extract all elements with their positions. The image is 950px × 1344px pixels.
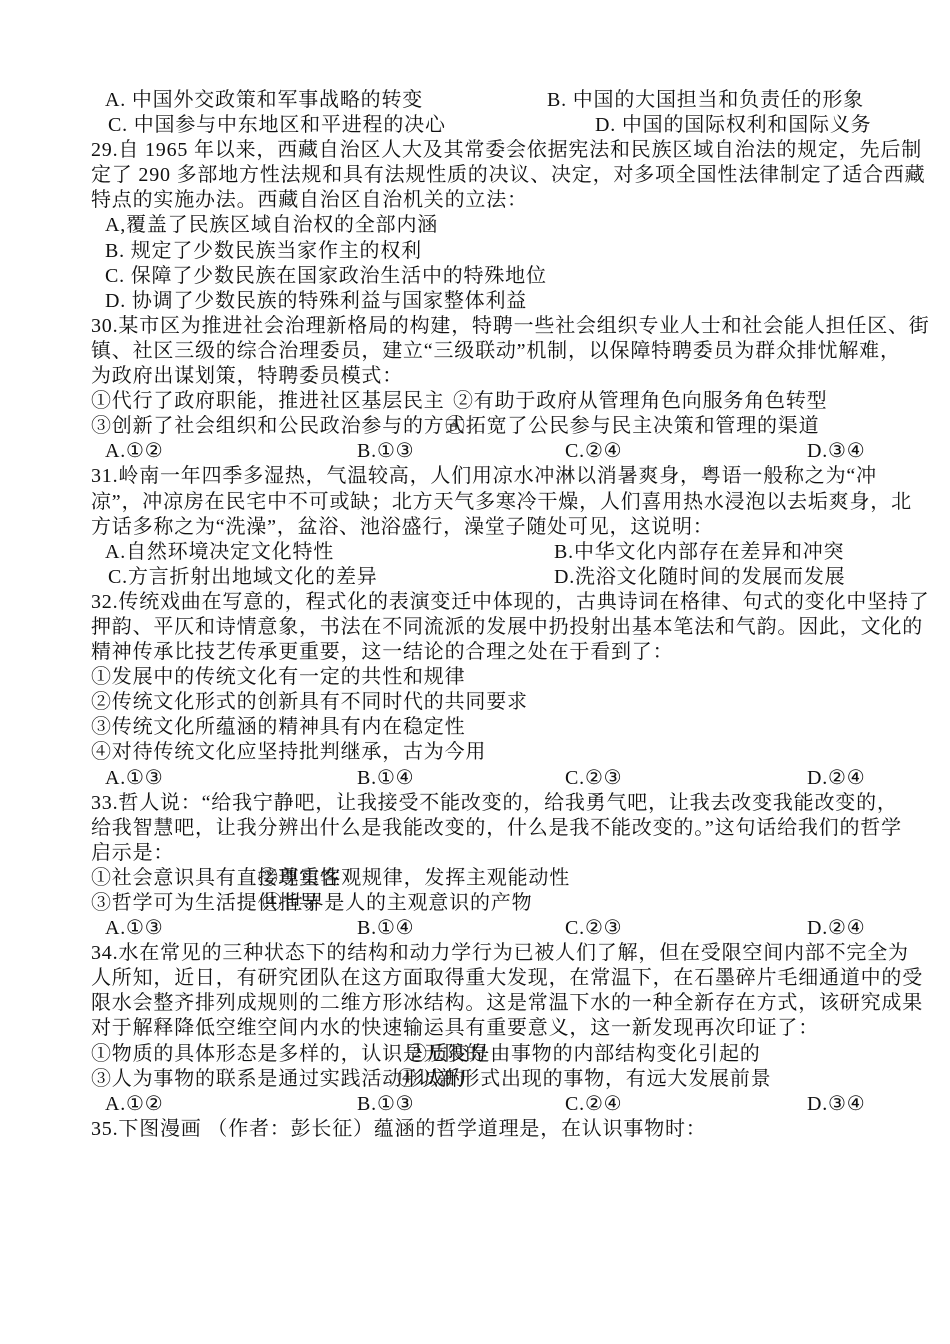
line-text: D. 协调了少数民族的特殊利益与国家整体利益	[105, 290, 527, 312]
option-row: D. 协调了少数民族的特殊利益与国家整体利益	[91, 289, 863, 314]
line-text: 限水会整齐排列成规则的二维方形冰结构。这是常温下水的一种全新存在方式，该研究成果	[91, 992, 923, 1014]
line-text: 33.哲人说：“给我宁静吧，让我接受不能改变的，给我勇气吧，让我去改变我能改变的…	[91, 792, 898, 814]
numbered-statement-row: ③人为事物的联系是通过实践活动形成的④以新形式出现的事物，有远大发展前景	[91, 1067, 863, 1092]
option-row: A. 中国外交政策和军事战略的转变B. 中国的大国担当和负责任的形象	[91, 88, 863, 113]
answer-choice: C.②③	[565, 916, 622, 941]
option-row: C. 保障了少数民族在国家政治生活中的特殊地位	[91, 264, 863, 289]
answer-choice: A.①②	[105, 1092, 164, 1117]
answer-choice: D.③④	[807, 1092, 866, 1117]
option-text: A. 中国外交政策和军事战略的转变	[105, 88, 423, 113]
line-text: 35.下图漫画 （作者：彭长征）蕴涵的哲学道理是，在认识事物时：	[91, 1118, 707, 1140]
line-text: 对于解释降低空维空间内水的快速输运具有重要意义，这一新发现再次印证了：	[91, 1017, 819, 1039]
question-stem-line: 33.哲人说：“给我宁静吧，让我接受不能改变的，给我勇气吧，让我去改变我能改变的…	[91, 791, 863, 816]
numbered-statement-row: ①社会意识具有直接现实性②尊重客观规律，发挥主观能动性	[91, 866, 863, 891]
document-text-block: A. 中国外交政策和军事战略的转变B. 中国的大国担当和负责任的形象C. 中国参…	[91, 88, 863, 1142]
numbered-statement: ④世界是人的主观意识的产物	[262, 891, 532, 916]
line-text: 方话多称之为“洗澡”，盆浴、池浴盛行，澡堂子随处可见，这说明：	[91, 516, 714, 538]
option-row: A.自然环境决定文化特性B.中华文化内部存在差异和冲突	[91, 540, 863, 565]
question-stem-line: 32.传统戏曲在写意的，程式化的表演变迁中体现的，古典诗词在格律、句式的变化中坚…	[91, 590, 863, 615]
option-text: C. 中国参与中东地区和平进程的决心	[108, 113, 446, 138]
question-stem-line: 31.岭南一年四季多湿热，气温较高，人们用凉水冲淋以消暑爽身，粤语一般称之为“冲	[91, 464, 863, 489]
line-text: 34.水在常见的三种状态下的结构和动力学行为已被人们了解，但在受限空间内部不完全…	[91, 942, 909, 964]
line-text: ③传统文化所蕴涵的精神具有内在稳定性	[91, 716, 465, 738]
answer-choice: A.①③	[105, 766, 164, 791]
answer-choices-row: A.①②B.①③C.②④D.③④	[91, 1092, 863, 1117]
answer-choices-row: A.①③B.①④C.②③D.②④	[91, 766, 863, 791]
line-text: 给我智慧吧，让我分辨出什么是我能改变的，什么是我不能改变的。”这句话给我们的哲学	[91, 817, 902, 839]
line-text: 精神传承比技艺传承更重要，这一结论的合理之处在于看到了：	[91, 641, 673, 663]
numbered-statement: ③创新了社会组织和公民政治参与的方式	[91, 414, 465, 439]
line-text: 特点的实施办法。西藏自治区自治机关的立法：	[91, 189, 528, 211]
question-stem-line: 精神传承比技艺传承更重要，这一结论的合理之处在于看到了：	[91, 640, 863, 665]
option-row: C.方言折射出地域文化的差异D.洗浴文化随时间的发展而发展	[91, 565, 863, 590]
answer-choice: B.①③	[357, 1092, 414, 1117]
question-stem-line: 人所知，近日，有研究团队在这方面取得重大发现，在常温下，在石墨碎片毛细通道中的受	[91, 966, 863, 991]
numbered-statement: ①代行了政府职能，推进社区基层民主	[91, 389, 445, 414]
numbered-statement-row: ④对待传统文化应坚持批判继承，古为今用	[91, 740, 863, 765]
question-stem-line: 29.自 1965 年以来，西藏自治区人大及其常委会依据宪法和民族区域自治法的规…	[91, 138, 863, 163]
answer-choice: C.②③	[565, 766, 622, 791]
answer-choice: B.①③	[357, 439, 414, 464]
numbered-statement-row: ②传统文化形式的创新具有不同时代的共同要求	[91, 690, 863, 715]
numbered-statement-row: ③创新了社会组织和公民政治参与的方式④拓宽了公民参与民主决策和管理的渠道	[91, 414, 863, 439]
line-text: ①发展中的传统文化有一定的共性和规律	[91, 666, 465, 688]
numbered-statement-row: ①代行了政府职能，推进社区基层民主②有助于政府从管理角色向服务角色转型	[91, 389, 863, 414]
line-text: 31.岭南一年四季多湿热，气温较高，人们用凉水冲淋以消暑爽身，粤语一般称之为“冲	[91, 465, 877, 487]
answer-choice: C.②④	[565, 439, 622, 464]
question-stem-line: 镇、社区三级的综合治理委员，建立“三级联动”机制，以保障特聘委员为群众排忧解难，	[91, 339, 863, 364]
question-stem-line: 启示是：	[91, 841, 863, 866]
answer-choice: B.①④	[357, 916, 414, 941]
numbered-statement-row: ①物质的具体形态是多样的，认识是无限的②质变是由事物的内部结构变化引起的	[91, 1042, 863, 1067]
answer-choice: D.②④	[807, 766, 866, 791]
question-stem-line: 方话多称之为“洗澡”，盆浴、池浴盛行，澡堂子随处可见，这说明：	[91, 515, 863, 540]
line-text: 凉”，冲凉房在民宅中不可或缺；北方天气多寒冷干燥，人们喜用热水浸泡以去垢爽身，北	[91, 491, 912, 513]
option-text: A.自然环境决定文化特性	[105, 540, 334, 565]
option-row: B. 规定了少数民族当家作主的权利	[91, 239, 863, 264]
option-text: D.洗浴文化随时间的发展而发展	[554, 565, 845, 590]
option-text: C.方言折射出地域文化的差异	[108, 565, 378, 590]
answer-choice: C.②④	[565, 1092, 622, 1117]
question-stem-line: 34.水在常见的三种状态下的结构和动力学行为已被人们了解，但在受限空间内部不完全…	[91, 941, 863, 966]
answer-choices-row: A.①②B.①③C.②④D.③④	[91, 439, 863, 464]
line-text: ②传统文化形式的创新具有不同时代的共同要求	[91, 691, 528, 713]
question-stem-line: 定了 290 多部地方性法规和具有法规性质的决议、决定，对多项全国性法律制定了适…	[91, 163, 863, 188]
option-text: D. 中国的国际权利和国际义务	[595, 113, 871, 138]
question-stem-line: 给我智慧吧，让我分辨出什么是我能改变的，什么是我不能改变的。”这句话给我们的哲学	[91, 816, 863, 841]
exam-document-page: A. 中国外交政策和军事战略的转变B. 中国的大国担当和负责任的形象C. 中国参…	[0, 0, 950, 1344]
numbered-statement: ②有助于政府从管理角色向服务角色转型	[453, 389, 827, 414]
option-row: C. 中国参与中东地区和平进程的决心D. 中国的国际权利和国际义务	[91, 113, 863, 138]
line-text: 32.传统戏曲在写意的，程式化的表演变迁中体现的，古典诗词在格律、句式的变化中坚…	[91, 591, 930, 613]
answer-choice: A.①②	[105, 439, 164, 464]
answer-choice: A.①③	[105, 916, 164, 941]
line-text: 为政府出谋划策，特聘委员模式：	[91, 365, 403, 387]
option-text: B. 中国的大国担当和负责任的形象	[547, 88, 864, 113]
option-text: B.中华文化内部存在差异和冲突	[554, 540, 844, 565]
question-stem-line: 30.某市区为推进社会治理新格局的构建，特聘一些社会组织专业人士和社会能人担任区…	[91, 314, 863, 339]
line-text: 29.自 1965 年以来，西藏自治区人大及其常委会依据宪法和民族区域自治法的规…	[91, 139, 922, 161]
numbered-statement-row: ③哲学可为生活提供指导④世界是人的主观意识的产物	[91, 891, 863, 916]
numbered-statement-row: ③传统文化所蕴涵的精神具有内在稳定性	[91, 715, 863, 740]
question-stem-line: 35.下图漫画 （作者：彭长征）蕴涵的哲学道理是，在认识事物时：	[91, 1117, 863, 1142]
answer-choices-row: A.①③B.①④C.②③D.②④	[91, 916, 863, 941]
numbered-statement-row: ①发展中的传统文化有一定的共性和规律	[91, 665, 863, 690]
line-text: A,覆盖了民族区域自治权的全部内涵	[105, 214, 438, 236]
line-text: B. 规定了少数民族当家作主的权利	[105, 240, 422, 262]
question-stem-line: 对于解释降低空维空间内水的快速输运具有重要意义，这一新发现再次印证了：	[91, 1016, 863, 1041]
question-stem-line: 押韵、平仄和诗情意象，书法在不同流派的发展中扔投射出基本笔法和气韵。因此，文化的	[91, 615, 863, 640]
question-stem-line: 凉”，冲凉房在民宅中不可或缺；北方天气多寒冷干燥，人们喜用热水浸泡以去垢爽身，北	[91, 490, 863, 515]
option-row: A,覆盖了民族区域自治权的全部内涵	[91, 213, 863, 238]
line-text: 押韵、平仄和诗情意象，书法在不同流派的发展中扔投射出基本笔法和气韵。因此，文化的	[91, 616, 923, 638]
question-stem-line: 限水会整齐排列成规则的二维方形冰结构。这是常温下水的一种全新存在方式，该研究成果	[91, 991, 863, 1016]
line-text: 定了 290 多部地方性法规和具有法规性质的决议、决定，对多项全国性法律制定了适…	[91, 164, 925, 186]
numbered-statement: ②尊重客观规律，发挥主观能动性	[258, 866, 570, 891]
line-text: C. 保障了少数民族在国家政治生活中的特殊地位	[105, 265, 547, 287]
line-text: ④对待传统文化应坚持批判继承，古为今用	[91, 741, 486, 763]
line-text: 人所知，近日，有研究团队在这方面取得重大发现，在常温下，在石墨碎片毛细通道中的受	[91, 967, 923, 989]
question-stem-line: 特点的实施办法。西藏自治区自治机关的立法：	[91, 188, 863, 213]
numbered-statement: ④以新形式出现的事物，有远大发展前景	[397, 1067, 771, 1092]
answer-choice: D.②④	[807, 916, 866, 941]
question-stem-line: 为政府出谋划策，特聘委员模式：	[91, 364, 863, 389]
line-text: 启示是：	[91, 842, 174, 864]
numbered-statement: ④拓宽了公民参与民主决策和管理的渠道	[445, 414, 819, 439]
answer-choice: D.③④	[807, 439, 866, 464]
line-text: 30.某市区为推进社会治理新格局的构建，特聘一些社会组织专业人士和社会能人担任区…	[91, 315, 930, 337]
numbered-statement: ②质变是由事物的内部结构变化引起的	[407, 1042, 761, 1067]
answer-choice: B.①④	[357, 766, 414, 791]
line-text: 镇、社区三级的综合治理委员，建立“三级联动”机制，以保障特聘委员为群众排忧解难，	[91, 340, 901, 362]
